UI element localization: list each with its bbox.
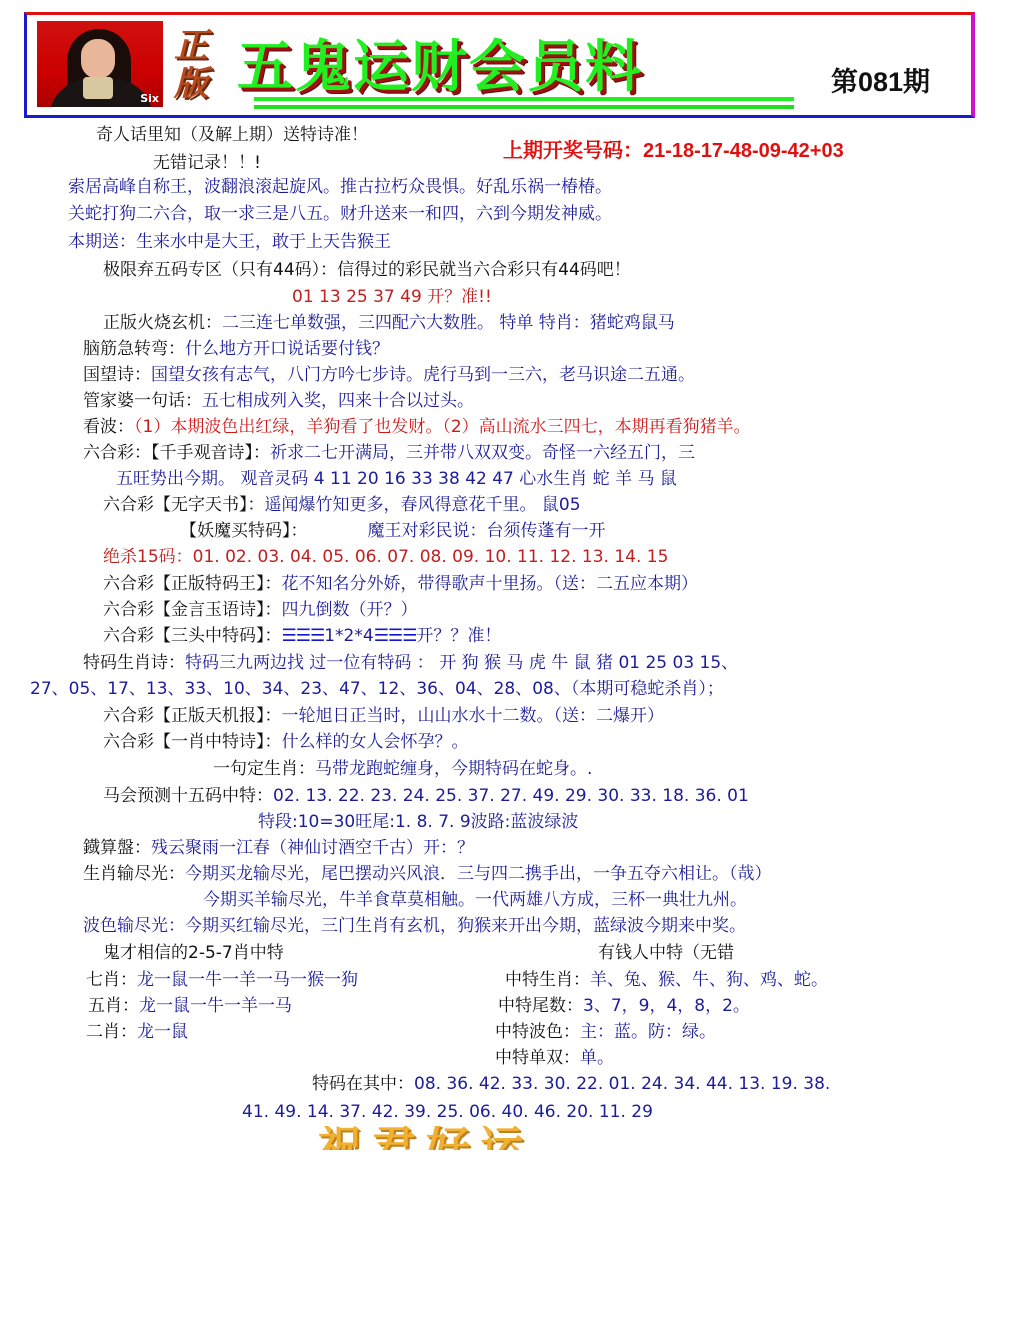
row-wordless-book: 六合彩【无字天书】：遥闻爆竹知更多，春风得意花千里。 鼠05 (103, 494, 581, 516)
left-col-item: 七肖：龙一鼠一牛一羊一马一猴一狗 (86, 969, 358, 991)
row-demon-buy: 【妖魔买特码】：魔王对彩民说：台须传蓬有一开 (180, 520, 606, 542)
row-abacus: 鐡算盤：残云聚雨一江春（神仙讨酒空千古）开：？ (83, 837, 474, 859)
row-special-segment: 特段:10=30旺尾:1. 8. 7. 9波路:蓝波绿波 (258, 811, 578, 833)
special-numbers-line2: 41. 49. 14. 37. 42. 39. 25. 06. 40. 46. … (242, 1101, 653, 1123)
row-heaven-report: 六合彩【正版天机报】：一轮旭日正当时，山山水水十二数。（送：二爆开） (103, 705, 664, 727)
title-underline (254, 97, 794, 101)
intro-line: 无错记录！！ǃ (153, 152, 260, 174)
row-zodiac-lose: 生肖输尽光：今期买龙输尽光，尾巴摆动兴风浪．三与四二携手出，一争五夺六相让。（哉… (83, 863, 772, 885)
row-golden-words: 六合彩【金言玉语诗】：四九倒数（开？） (103, 599, 418, 621)
left-col-item: 二肖：龙一鼠 (86, 1021, 188, 1043)
limit-zone-title: 极限弃五码专区（只有44码）：信得过的彩民就当六合彩只有44码吧！ (103, 259, 631, 281)
good-luck-banner: 祝君好运 (318, 1126, 614, 1150)
last-draw-label: 上期开奖号码： (503, 140, 643, 162)
right-col-item: 中特单双：单。 (495, 1047, 614, 1069)
bars-icon: ☰☰☰ (282, 626, 325, 646)
photo-watermark: Six (140, 92, 159, 105)
row-one-zodiac-poem: 六合彩【一肖中特诗】：什么样的女人会怀孕？。 (103, 731, 469, 753)
seal-logo: 正版 (174, 27, 214, 107)
page-title: 五鬼运财会员料 (237, 23, 643, 103)
right-col-item: 中特生肖：羊、兔、猴、牛、狗、鸡、蛇。 (505, 969, 828, 991)
left-col-item: 五肖：龙一鼠一牛一羊一马 (88, 995, 292, 1017)
row-horse-club: 马会预测十五码中特：02. 13. 22. 23. 24. 25. 37. 27… (103, 785, 749, 807)
header-banner: Six 正版 五鬼运财会员料 第081期 (24, 12, 975, 118)
row-zodiac-lose-2: 今期买羊输尽光，牛羊食草莫相触。一代两雄八方成，三杯一典壮九州。 (203, 889, 747, 911)
last-draw-numbers: 21-18-17-48-09-42+03 (643, 140, 844, 162)
poem-line: 索居高峰自称王，波翻浪滚起旋风。推古拉朽众畏惧。好乱乐祸一椿椿。 (68, 176, 612, 198)
row-three-heads: 六合彩【三头中特码】：☰☰☰1*2*4☰☰☰开？？准！ (103, 625, 501, 647)
right-col-title: 有钱人中特（无错 (598, 942, 734, 964)
row-wave-lose: 波色输尽光：今期买红输尽光，三门生肖有玄机，狗猴来开出今期，蓝绿波今期来中奖。 (83, 915, 746, 937)
limit-zone-numbers: 01 13 25 37 49 开？准!! (292, 286, 492, 308)
special-numbers-line1: 特码在其中：08. 36. 42. 33. 30. 22. 01. 24. 34… (312, 1073, 830, 1095)
row-special-king: 六合彩【正版特码王】：花不知名分外娇，带得歌声十里扬。（送：二五应本期） (103, 573, 698, 595)
row-housekeeper: 管家婆一句话：五七相成列入奖，四来十合以过头。 (83, 390, 474, 412)
row-wave-color: 看波：（1）本期波色出红绿，羊狗看了也发财。（2）高山流水三四七，本期再看狗猪羊… (83, 416, 751, 438)
row-guanyin-poem: 六合彩：【千手观音诗】：祈求二七开满局，三并带八双双变。奇怪一六经五门，三 (83, 442, 695, 464)
row-fire-mystery: 正版火烧玄机：二三连七单数强，三四配六大数胜。 特单 特肖：猪蛇鸡鼠马 (103, 312, 675, 334)
host-photo: Six (37, 21, 163, 107)
row-one-sentence: 一句定生肖：马带龙跑蛇缠身，今期特码在蛇身。. (213, 758, 592, 780)
row-brain-teaser: 脑筋急转弯：什么地方开口说话要付钱？ (83, 338, 389, 360)
right-col-item: 中特波色：主：蓝。防：绿。 (495, 1021, 716, 1043)
row-zodiac-poem: 特码生肖诗：特码三九两边找 过一位有特码 ： 开 狗 猴 马 虎 牛 鼠 猪 0… (83, 652, 738, 674)
row-kill-15: 绝杀15码：01. 02. 03. 04. 05. 06. 07. 08. 09… (103, 546, 668, 568)
poem-line: 关蛇打狗二六合，取一求三是八五。财升送来一和四，六到今期发神威。 (68, 203, 612, 225)
bars-icon: ☰☰☰ (374, 626, 417, 646)
issue-number: 第081期 (831, 60, 930, 99)
poem-send: 本期送：生来水中是大王，敢于上天告猴王 (68, 231, 391, 253)
left-col-title: 鬼才相信的2-5-7肖中特 (103, 942, 284, 964)
intro-line: 奇人话里知（及解上期）送特诗准！ (96, 124, 368, 146)
title-underline (254, 105, 794, 109)
last-draw: 上期开奖号码：21-18-17-48-09-42+03 (503, 140, 844, 162)
row-guowang-poem: 国望诗：国望女孩有志气，八门方吟七步诗。虎行马到一三六，老马识途二五通。 (83, 364, 695, 386)
row-zodiac-numbers: 27、05、17、13、33、10、34、23、47、12、36、04、28、0… (30, 678, 724, 700)
row-guanyin-numbers: 五旺势出今期。 观音灵码 4 11 20 16 33 38 42 47 心水生肖… (116, 468, 677, 490)
right-col-item: 中特尾数：3、7，9，4，8，2。 (498, 995, 750, 1017)
